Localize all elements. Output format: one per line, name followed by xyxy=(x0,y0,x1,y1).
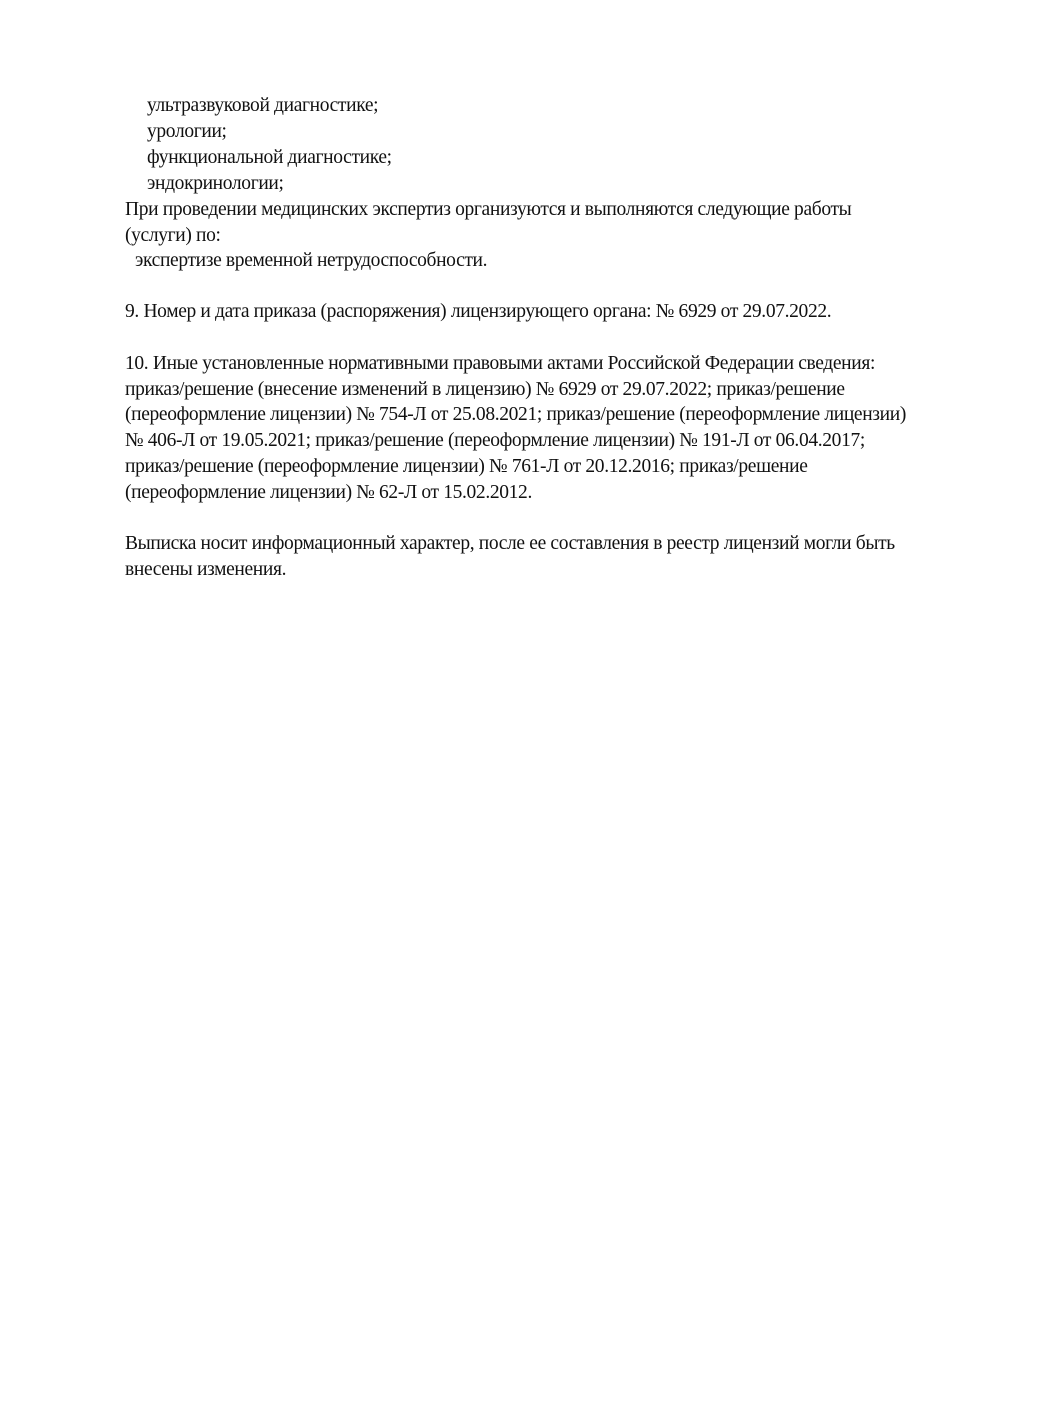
expertise-intro-line: (услуги) по: xyxy=(125,223,221,249)
disclaimer-line: внесены изменения. xyxy=(125,557,286,583)
section-9-order-info: 9. Номер и дата приказа (распоряжения) л… xyxy=(125,299,831,325)
section-10-line: (переоформление лицензии) № 62-Л от 15.0… xyxy=(125,480,532,506)
activity-item: ультразвуковой диагностике; xyxy=(147,93,378,119)
expertise-item: экспертизе временной нетрудоспособности. xyxy=(135,248,487,274)
disclaimer-line: Выписка носит информационный характер, п… xyxy=(125,531,895,557)
section-10-heading: 10. Иные установленные нормативными прав… xyxy=(125,351,875,377)
expertise-intro-line: При проведении медицинских экспертиз орг… xyxy=(125,197,851,223)
activity-item: функциональной диагностике; xyxy=(147,145,392,171)
document-page: ультразвуковой диагностике; урологии; фу… xyxy=(0,0,1063,1414)
activity-item: эндокринологии; xyxy=(147,171,284,197)
section-10-line: приказ/решение (внесение изменений в лиц… xyxy=(125,377,845,403)
activity-item: урологии; xyxy=(147,119,227,145)
section-10-line: № 406-Л от 19.05.2021; приказ/решение (п… xyxy=(125,428,865,454)
section-10-line: приказ/решение (переоформление лицензии)… xyxy=(125,454,808,480)
section-10-line: (переоформление лицензии) № 754-Л от 25.… xyxy=(125,402,906,428)
